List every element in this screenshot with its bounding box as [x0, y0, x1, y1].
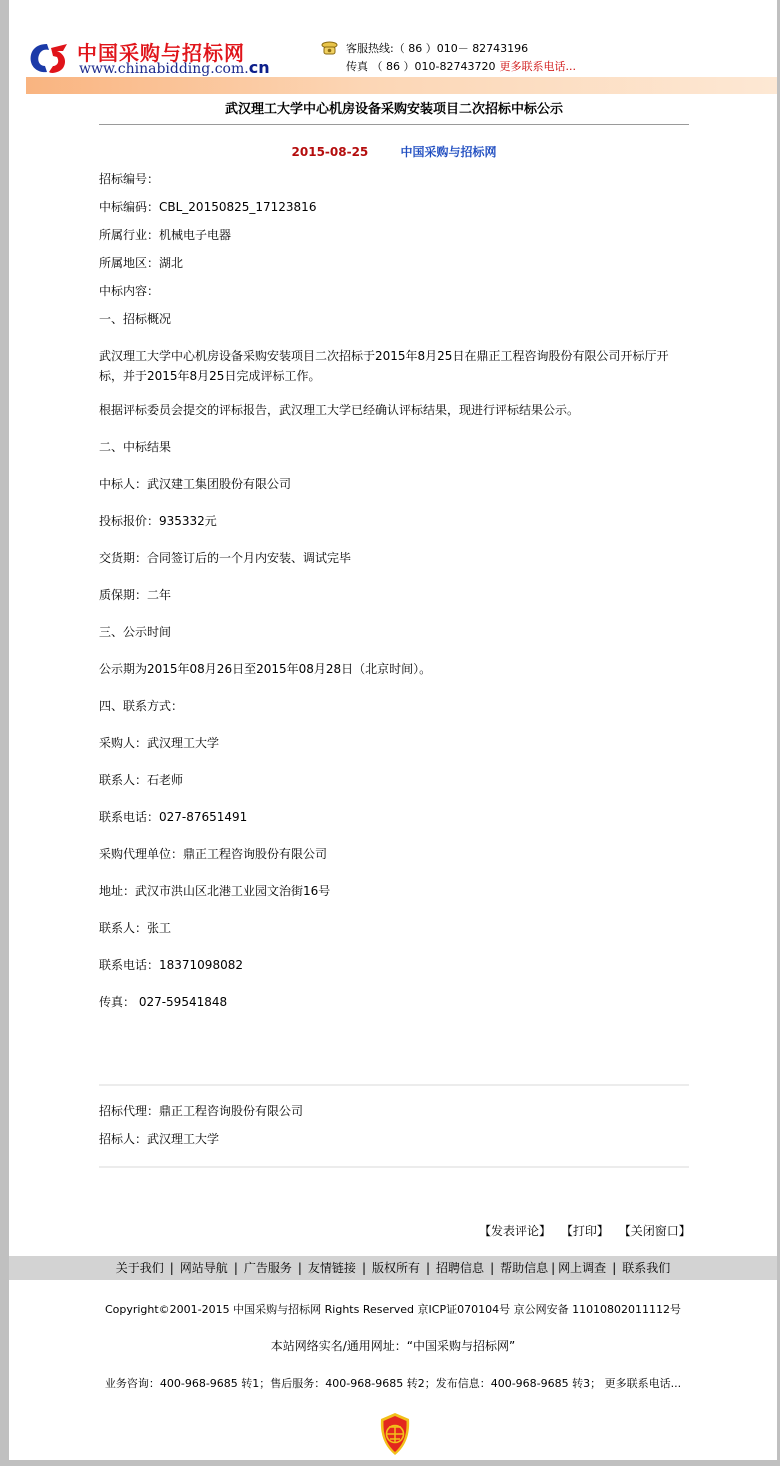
hotline-number: 客服热线:（ 86 ）010－ 82743196: [346, 40, 528, 58]
field-winner: 中标人：武汉建工集团股份有限公司: [99, 475, 689, 493]
realname-text: 本站网络实名/通用网址：“中国采购与招标网”: [9, 1337, 777, 1354]
field-region: 所属地区：湖北: [99, 254, 689, 272]
site-logo[interactable]: 中国采购与招标网 www.chinabidding.com.cn: [27, 40, 287, 76]
section-heading-notice-period: 三、公示时间: [99, 623, 689, 641]
section-heading-overview: 一、招标概况: [99, 310, 689, 328]
field-award-code: 中标编码：CBL_20150825_17123816: [99, 198, 689, 216]
field-delivery: 交货期：合同签订后的一个月内安装、调试完毕: [99, 549, 689, 567]
field-agency-phone: 联系电话：18371098082: [99, 956, 689, 974]
field-fax: 传真： 027-59541848: [99, 993, 689, 1011]
article-meta: 2015-08-25 中国采购与招标网: [99, 143, 689, 160]
publish-date: 2015-08-25: [292, 145, 369, 159]
footer-link-about[interactable]: 关于我们: [116, 1261, 164, 1275]
field-agency-contact: 联系人：张工: [99, 919, 689, 937]
footer-link-survey[interactable]: 网上调查: [558, 1261, 606, 1275]
window-bottom-border: [0, 1460, 780, 1466]
post-comment-button[interactable]: 【发表评论】: [479, 1224, 551, 1238]
page: 中国采购与招标网 www.chinabidding.com.cn 客服热线:（ …: [9, 0, 777, 1460]
header-orange-bar: [26, 77, 777, 94]
field-address: 地址：武汉市洪山区北港工业园文治街16号: [99, 882, 689, 900]
footer-link-jobs[interactable]: 招聘信息: [436, 1261, 484, 1275]
section-heading-result: 二、中标结果: [99, 438, 689, 456]
footer-link-advertising[interactable]: 广告服务: [244, 1261, 292, 1275]
field-warranty: 质保期：二年: [99, 586, 689, 604]
copyright-text: Copyright©2001-2015 中国采购与招标网 Rights Rese…: [9, 1301, 777, 1317]
overview-paragraph: 武汉理工大学中心机房设备采购安装项目二次招标于2015年8月25日在鼎正工程咨询…: [99, 346, 689, 386]
article-title: 武汉理工大学中心机房设备采购安装项目二次招标中标公示: [99, 98, 689, 117]
separator: |: [234, 1261, 238, 1275]
separator: |: [490, 1261, 494, 1275]
field-bid-price: 投标报价：935332元: [99, 512, 689, 530]
separator: |: [426, 1261, 430, 1275]
print-button[interactable]: 【打印】: [561, 1224, 609, 1238]
footer-link-copyright[interactable]: 版权所有: [372, 1261, 420, 1275]
field-purchaser-phone: 联系电话：027-87651491: [99, 808, 689, 826]
police-badge-icon[interactable]: [378, 1412, 412, 1456]
separator: |: [298, 1261, 302, 1275]
logo-url-tld: cn: [249, 58, 270, 77]
separator: |: [170, 1261, 174, 1275]
footer-link-friend-links[interactable]: 友情链接: [308, 1261, 356, 1275]
close-window-button[interactable]: 【关闭窗口】: [619, 1224, 691, 1238]
fax-label: 传真 （ 86 ）010-82743720: [346, 60, 495, 73]
article-actions: 【发表评论】 【打印】 【关闭窗口】: [479, 1222, 697, 1239]
field-agency: 采购代理单位：鼎正工程咨询股份有限公司: [99, 845, 689, 863]
footer-link-help[interactable]: 帮助信息: [500, 1261, 548, 1275]
footer-link-sitemap[interactable]: 网站导航: [180, 1261, 228, 1275]
evaluation-paragraph: 根据评标委员会提交的评标报告，武汉理工大学已经确认评标结果，现进行评标结果公示。: [99, 401, 689, 419]
footer-nav: 关于我们|网站导航|广告服务|友情链接|版权所有|招聘信息|帮助信息|网上调查|…: [9, 1256, 777, 1280]
field-industry: 所属行业：机械电子电器: [99, 226, 689, 244]
logo-mark-icon: [27, 42, 73, 74]
tenderer: 招标人：武汉理工大学: [99, 1130, 219, 1148]
fax-number: 传真 （ 86 ）010-82743720更多联系电话...: [346, 58, 576, 76]
phone-icon: [321, 41, 338, 55]
field-purchaser: 采购人：武汉理工大学: [99, 734, 689, 752]
article-source: 中国采购与招标网: [400, 145, 496, 159]
more-contacts-link[interactable]: 更多联系电话...: [499, 60, 576, 73]
field-purchaser-contact: 联系人：石老师: [99, 771, 689, 789]
separator: |: [612, 1261, 616, 1275]
logo-url: www.chinabidding.com.cn: [79, 58, 270, 77]
tender-agent: 招标代理：鼎正工程咨询股份有限公司: [99, 1102, 303, 1120]
logo-url-main: www.chinabidding.com.: [79, 61, 249, 77]
signers-divider-top: [99, 1084, 689, 1086]
field-bid-number: 招标编号：: [99, 170, 689, 188]
section-heading-contacts: 四、联系方式：: [99, 697, 689, 715]
title-divider: [99, 124, 689, 125]
signers-divider-bottom: [99, 1166, 689, 1168]
field-award-content: 中标内容：: [99, 282, 689, 300]
separator: |: [551, 1261, 555, 1275]
separator: |: [362, 1261, 366, 1275]
notice-period-text: 公示期为2015年08月26日至2015年08月28日（北京时间）。: [99, 660, 689, 678]
footer-hotlines: 业务咨询：400-968-9685 转1；售后服务：400-968-9685 转…: [9, 1375, 777, 1391]
footer-link-contact[interactable]: 联系我们: [622, 1261, 670, 1275]
